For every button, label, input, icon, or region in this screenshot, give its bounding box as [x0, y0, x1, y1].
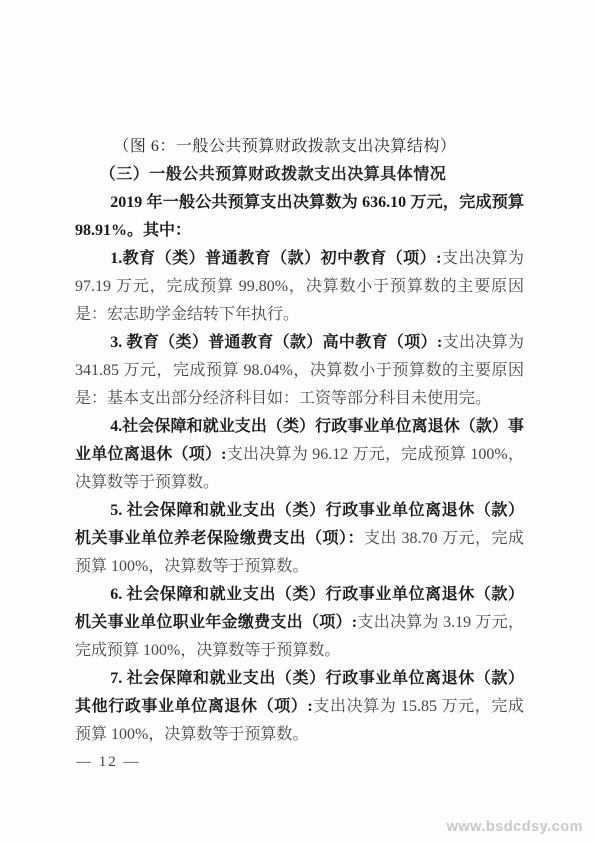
budget-item-3-label: 3. 教育（类）普通教育（款）高中教育（项）: [110, 334, 442, 351]
budget-item-7: 7. 社会保障和就业支出（类）行政事业单位离退休（款）其他行政事业单位离退休（项… [75, 665, 524, 749]
budget-item-1: 1.教育（类）普通教育（款）初中教育（项）:支出决算为 97.19 万元，完成预… [75, 245, 524, 329]
budget-item-3: 3. 教育（类）普通教育（款）高中教育（项）:支出决算为 341.85 万元，完… [75, 329, 524, 413]
document-page: （图 6：一般公共预算财政拨款支出决算结构） （三）一般公共预算财政拨款支出决算… [0, 0, 596, 842]
budget-item-6: 6. 社会保障和就业支出（类）行政事业单位离退休（款）机关事业单位职业年金缴费支… [75, 581, 524, 665]
page-number: — 12 — [76, 754, 141, 771]
figure-caption: （图 6：一般公共预算财政拨款支出决算结构） [75, 133, 524, 161]
budget-item-4: 4.社会保障和就业支出（类）行政事业单位离退休（款）事业单位离退休（项）:支出决… [75, 413, 524, 497]
intro-paragraph: 2019 年一般公共预算支出决算数为 636.10 万元，完成预算 98.91%… [75, 189, 524, 245]
watermark-url: www.bsdcdsy.com [447, 819, 583, 835]
budget-item-1-label: 1.教育（类）普通教育（款）初中教育（项）: [110, 250, 441, 267]
budget-item-5: 5. 社会保障和就业支出（类）行政事业单位离退休（款）机关事业单位养老保险缴费支… [75, 497, 524, 581]
page-content: （图 6：一般公共预算财政拨款支出决算结构） （三）一般公共预算财政拨款支出决算… [75, 133, 524, 749]
section-heading: （三）一般公共预算财政拨款支出决算具体情况 [75, 161, 524, 189]
